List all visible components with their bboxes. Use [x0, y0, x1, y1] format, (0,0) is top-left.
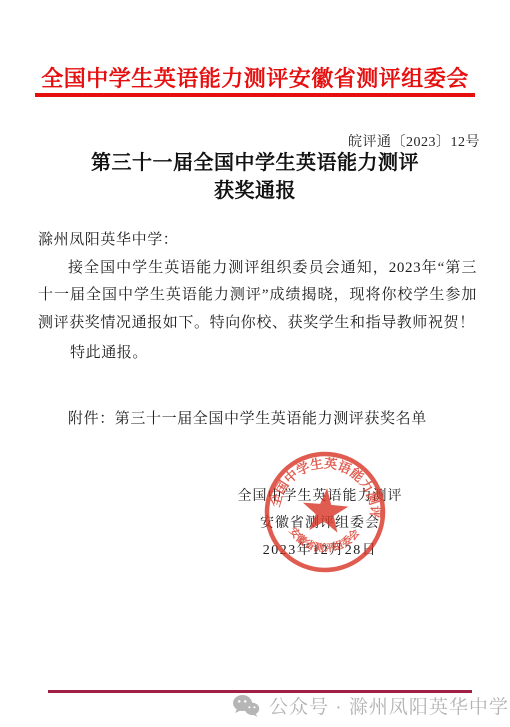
banner-divider — [35, 93, 475, 97]
attachment-line: 附件：第三十一届全国中学生英语能力测评获奖名单 — [68, 407, 427, 428]
closing-line: 特此通报。 — [70, 341, 148, 362]
doc-title-line2: 获奖通报 — [0, 177, 510, 205]
doc-number: 皖评通〔2023〕12号 — [348, 131, 480, 151]
signature-org-line1: 全国中学生英语能力测评 — [195, 483, 445, 510]
document-page: 全国中学生英语能力测评安徽省测评组委会 皖评通〔2023〕12号 第三十一届全国… — [0, 0, 510, 727]
salutation: 滁州凤阳英华中学： — [38, 227, 477, 255]
body-paragraph: 接全国中学生英语能力测评组织委员会通知，2023年“第三十一届全国中学生英语能力… — [38, 255, 477, 338]
wechat-icon — [232, 694, 260, 718]
watermark: 公众号 · 滁州凤阳英华中学 — [232, 692, 509, 719]
signature-block: 全国中学生英语能力测评 安徽省测评组委会 2023年12月28日 — [195, 483, 445, 564]
doc-title-line1: 第三十一届全国中学生英语能力测评 — [0, 149, 510, 177]
signature-date: 2023年12月28日 — [195, 537, 445, 564]
doc-body: 滁州凤阳英华中学： 接全国中学生英语能力测评组织委员会通知，2023年“第三十一… — [38, 227, 477, 337]
doc-title: 第三十一届全国中学生英语能力测评 获奖通报 — [0, 149, 510, 205]
signature-org-line2: 安徽省测评组委会 — [195, 510, 445, 537]
org-banner-title: 全国中学生英语能力测评安徽省测评组委会 — [0, 62, 510, 93]
watermark-text: 公众号 · 滁州凤阳英华中学 — [269, 692, 509, 719]
